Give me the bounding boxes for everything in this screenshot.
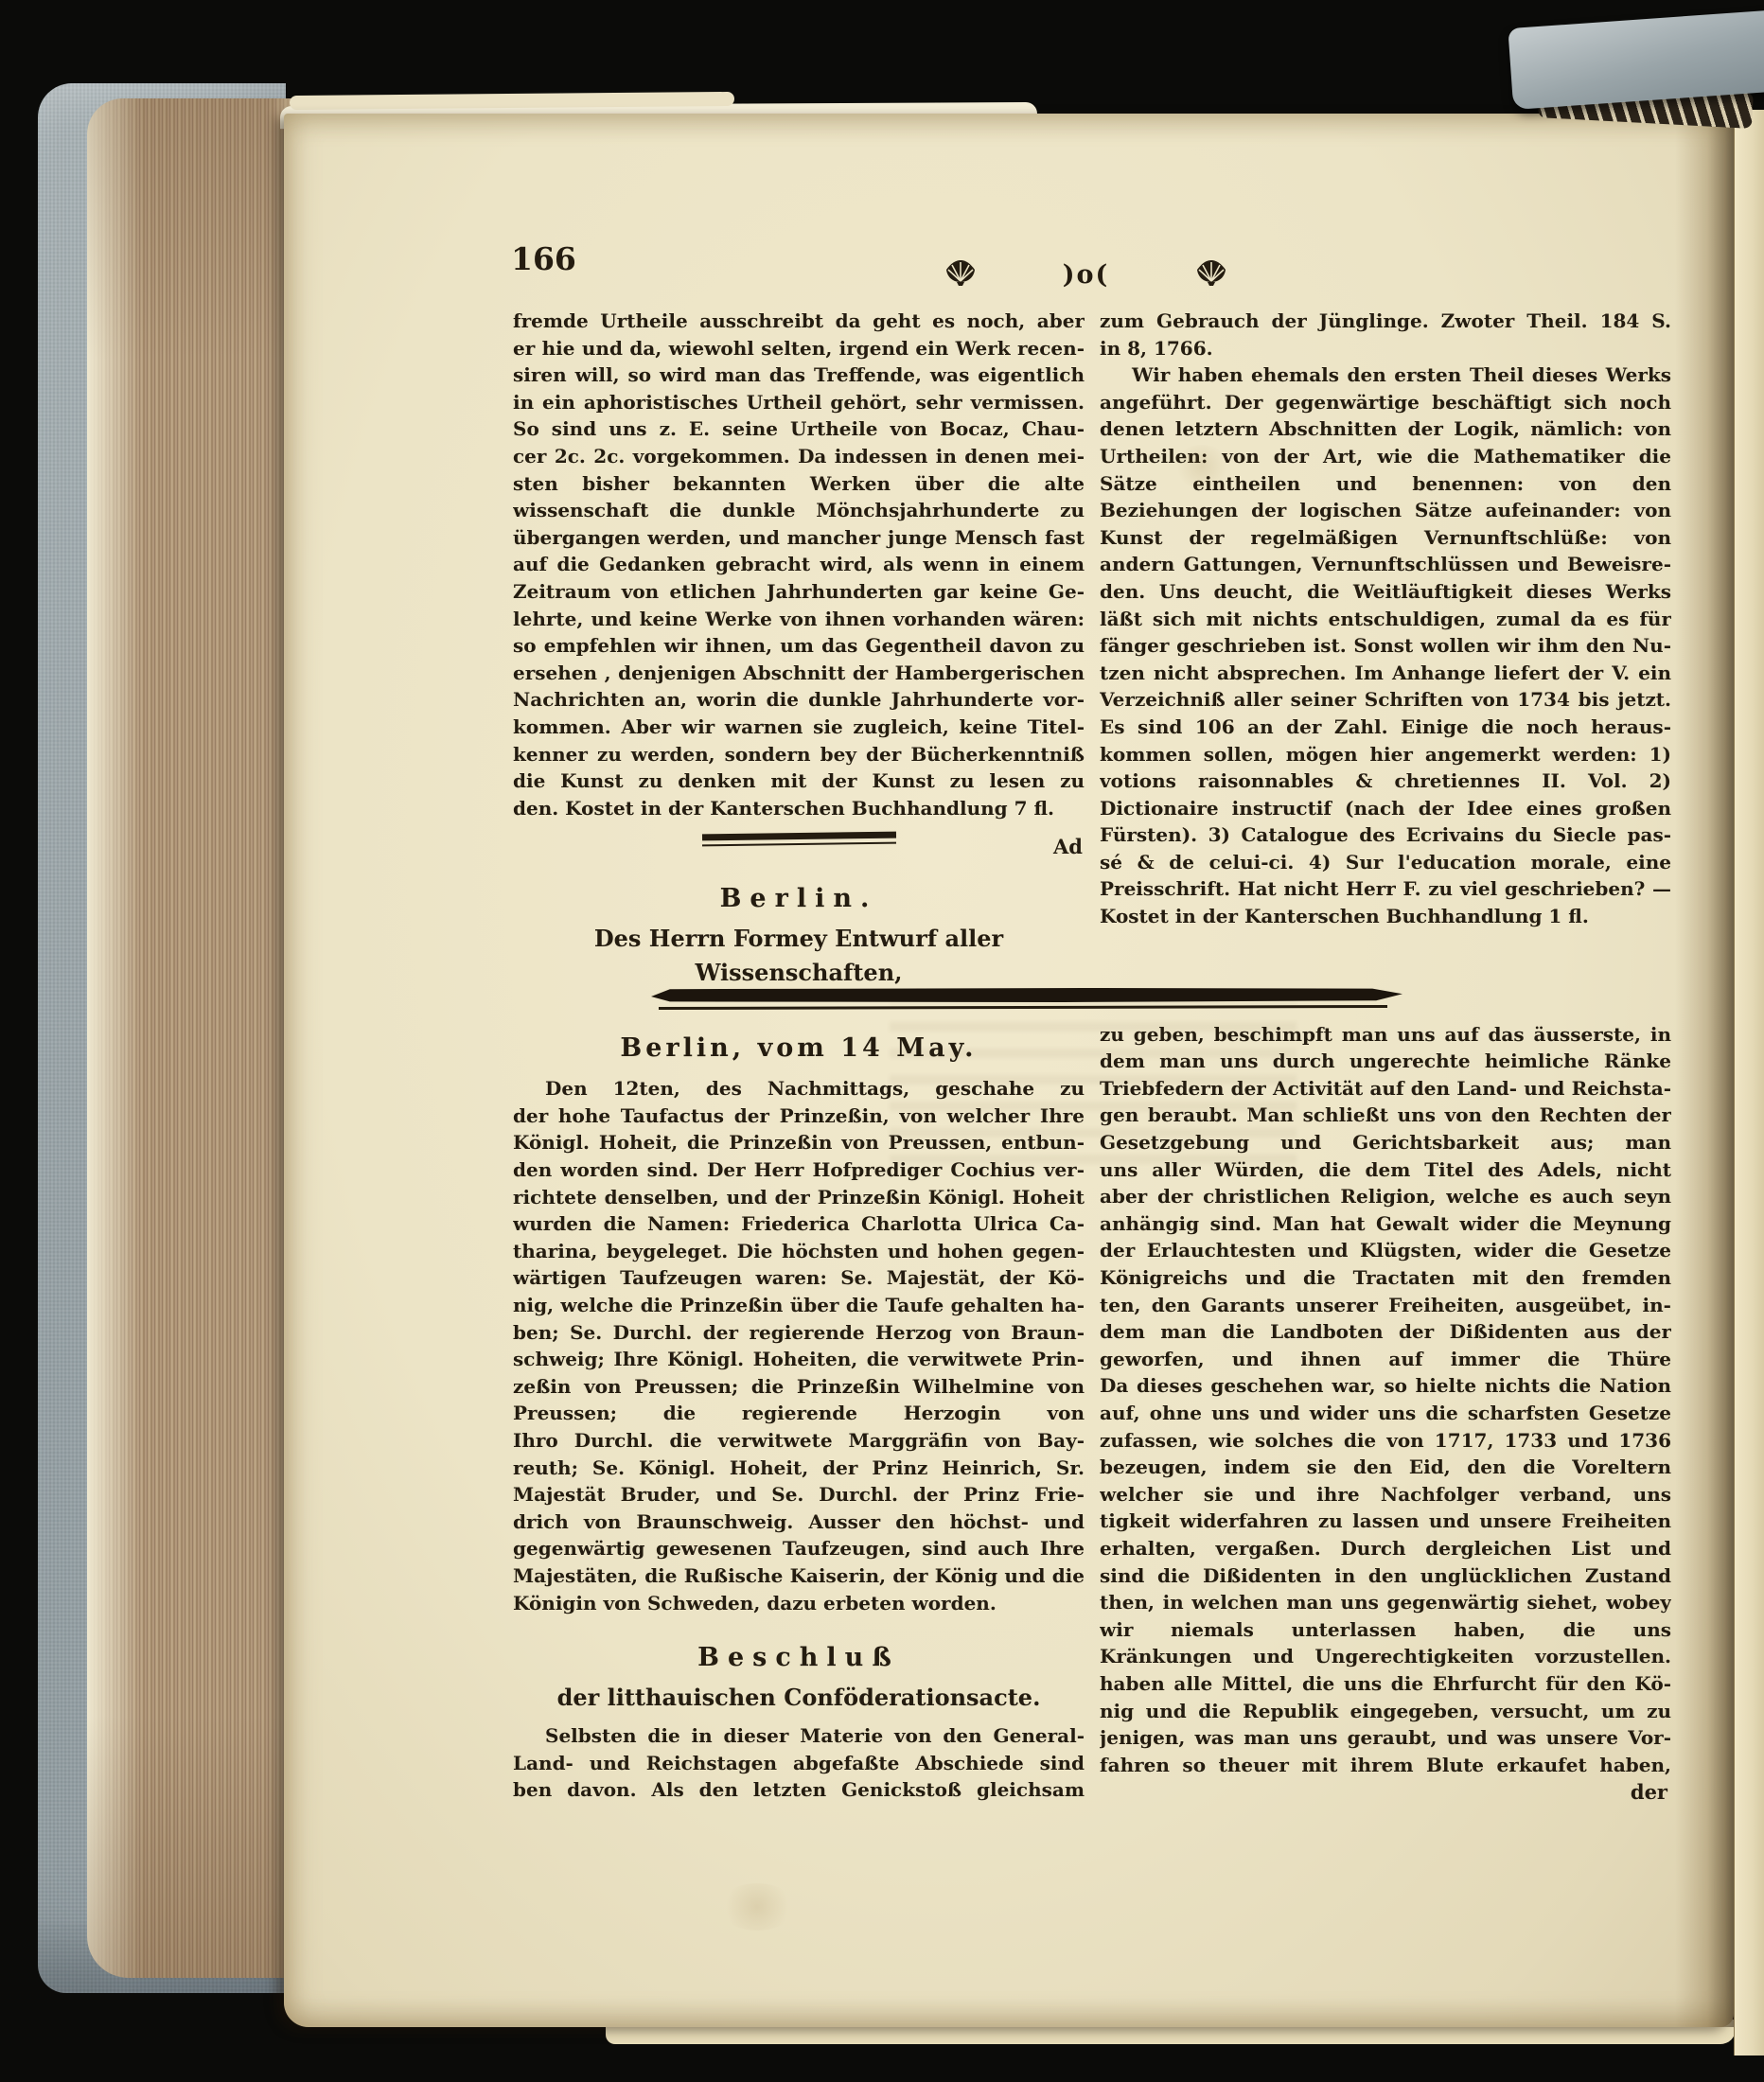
text-line: Triebfedern der Activität auf den Land- … [1100, 1075, 1671, 1103]
text-line: wurden die Namen: Friederica Charlotta U… [513, 1210, 1085, 1238]
book-cover-top [1508, 9, 1764, 110]
text-line: geworfen, und ihnen auf immer die Thüre … [1100, 1346, 1671, 1373]
section-subtitle: der litthauischen Conföderationsacte. [513, 1681, 1085, 1715]
text-line: Preussen; die regierende Herzogin von Br… [513, 1400, 1085, 1427]
paragraph: Wir haben ehemals den ersten Theil diese… [1100, 362, 1671, 929]
text-line: zeßin von Preussen; die Prinzeßin Wilhel… [513, 1373, 1085, 1401]
text-line: Land- und Reichstagen abgefaßte Abschied… [513, 1750, 1085, 1777]
text-line: welcher sie und ihre Nachfolger verband,… [1100, 1481, 1671, 1509]
paragraph: fremde Urtheile ausschreibt da geht es n… [513, 308, 1085, 821]
text-line: erhalten, vergaßen. Durch dergleichen Li… [1100, 1535, 1671, 1562]
text-line: Gesetzgebung und Gerichtsbarkeit aus; ma… [1100, 1129, 1671, 1156]
text-line: Zeitraum von etlichen Jahrhunderten gar … [513, 578, 1085, 606]
text-line: jenigen, was man uns geraubt, und was un… [1100, 1724, 1671, 1752]
text-line: Majestät Bruder, und Se. Durchl. der Pri… [513, 1481, 1085, 1509]
text-line: auf die Gedanken gebracht wird, als wenn… [513, 551, 1085, 578]
paragraph: Den 12ten, des Nachmittags, geschahe zu … [513, 1075, 1085, 1616]
text-line: denen letztern Abschnitten der Logik, nä… [1100, 415, 1671, 443]
text-line: zufassen, wie solches die von 1717, 1733… [1100, 1427, 1671, 1455]
text-line: siren will, so wird man das Treffende, w… [513, 362, 1085, 389]
text-line: then, in welchen man uns gegenwärtig sie… [1100, 1589, 1671, 1616]
catchword: der [1100, 1778, 1671, 1806]
text-line: sten bisher bekannten Werken über die al… [513, 470, 1085, 498]
text-line: wir niemals unterlassen haben, die uns a… [1100, 1616, 1671, 1644]
foxing-spot [719, 1883, 795, 1931]
text-line: sé & de celui-ci. 4) Sur l'education mor… [1100, 849, 1671, 876]
text-line: Selbsten die in dieser Materie von den G… [513, 1722, 1085, 1750]
text-line: der hohe Taufactus der Prinzeßin, von we… [513, 1103, 1085, 1130]
text-line: kommen sollen, mögen hier angemerkt werd… [1100, 741, 1671, 768]
text-line: kenner zu werden, sondern bey der Bücher… [513, 741, 1085, 768]
section-rule [651, 988, 1402, 1015]
text-line: Fürsten). 3) Catalogue des Ecrivains du … [1100, 821, 1671, 849]
separator-rule [702, 833, 896, 845]
paragraph: zum Gebrauch der Jünglinge. Zwoter Theil… [1100, 308, 1671, 362]
dateline-heading: Berlin, vom 14 May. [513, 1030, 1085, 1067]
text-line: in 8, 1766. [1100, 335, 1671, 362]
left-column: fremde Urtheile ausschreibt da geht es n… [513, 308, 1085, 1804]
text-line: Da dieses geschehen war, so hielte nicht… [1100, 1372, 1671, 1400]
text-line: Wir haben ehemals den ersten Theil diese… [1100, 362, 1671, 389]
text-line: so empfehlen wir ihnen, um das Gegenthei… [513, 632, 1085, 660]
separator-row: Ad [513, 833, 1085, 867]
text-line: anhängig sind. Man hat Gewalt wider die … [1100, 1210, 1671, 1238]
shell-fleuron-icon [1192, 257, 1230, 291]
text-line: Königl. Hoheit, die Prinzeßin von Preuss… [513, 1129, 1085, 1156]
page-edge-stack [87, 98, 301, 1978]
header-section-mark: )o( [1063, 260, 1110, 290]
text-line: votions raisonnables & chretiennes II. V… [1100, 768, 1671, 795]
text-line: So sind uns z. E. seine Urtheile von Boc… [513, 415, 1085, 443]
text-line: Preisschrift. Hat nicht Herr F. zu viel … [1100, 875, 1671, 903]
section-rule-underline [659, 1005, 1387, 1010]
text-line: den. Kostet in der Kanterschen Buchhandl… [513, 795, 1085, 822]
text-line: wissenschaft die dunkle Mönchsjahrhunder… [513, 497, 1085, 524]
signature-mark: Ad [1053, 835, 1083, 858]
text-line: dem man uns durch ungerechte heimliche R… [1100, 1048, 1671, 1075]
text-line: richtete denselben, und der Prinzeßin Kö… [513, 1184, 1085, 1211]
text-line: zu geben, beschimpft man uns auf das äus… [1100, 1021, 1671, 1049]
text-line: ten, den Garants unserer Freiheiten, aus… [1100, 1292, 1671, 1319]
text-line: gen beraubt. Man schließt uns von den Re… [1100, 1102, 1671, 1129]
text-line: Dictionaire instructif (nach der Idee ei… [1100, 795, 1671, 822]
text-line: drich von Braunschweig. Ausser den höchs… [513, 1509, 1085, 1536]
article-title: Des Herrn Formey Entwurf aller Wissensch… [513, 922, 1085, 956]
gutter-shadow [1675, 114, 1734, 2027]
text-line: reuth; Se. Königl. Hoheit, der Prinz Hei… [513, 1455, 1085, 1482]
text-line: andern Gattungen, Vernunftschlüssen und … [1100, 551, 1671, 578]
text-line: lehrte, und keine Werke von ihnen vorhan… [513, 606, 1085, 633]
text-line: fremde Urtheile ausschreibt da geht es n… [513, 308, 1085, 335]
right-column: zum Gebrauch der Jünglinge. Zwoter Theil… [1100, 308, 1671, 1806]
text-line: Kunst der regelmäßigen Vernunftschlüße: … [1100, 524, 1671, 552]
section-rule-bar [651, 988, 1402, 1002]
text-line: den worden sind. Der Herr Hofprediger Co… [513, 1156, 1085, 1184]
text-line: zum Gebrauch der Jünglinge. Zwoter Theil… [1100, 308, 1671, 335]
text-line: kommen. Aber wir warnen sie zugleich, ke… [513, 714, 1085, 741]
text-line: nig und die Republik eingegeben, versuch… [1100, 1698, 1671, 1725]
text-line: uns aller Würden, die dem Titel des Adel… [1100, 1156, 1671, 1184]
text-line: nig, welche die Prinzeßin über die Taufe… [513, 1292, 1085, 1319]
text-line: tharina, beygeleget. Die höchsten und ho… [513, 1238, 1085, 1265]
text-line: Es sind 106 an der Zahl. Einige die noch… [1100, 714, 1671, 741]
text-line: ben davon. Als den letzten Genickstoß gl… [513, 1776, 1085, 1804]
text-line: gegenwärtig gewesenen Taufzeugen, sind a… [513, 1535, 1085, 1562]
text-line: er hie und da, wiewohl selten, irgend ei… [513, 335, 1085, 362]
shell-fleuron-icon [942, 257, 979, 291]
book-photo: 166 )o( [0, 0, 1764, 2082]
text-line: fänger geschrieben ist. Sonst wollen wir… [1100, 632, 1671, 660]
text-line: Ihro Durchl. die verwitwete Marggräfin v… [513, 1427, 1085, 1455]
text-line: angeführt. Der gegenwärtige beschäftigt … [1100, 389, 1671, 416]
header-ornaments: )o( [942, 254, 1230, 295]
text-line: wärtigen Taufzeugen waren: Se. Majestät,… [513, 1264, 1085, 1292]
text-line: tigkeit widerfahren zu lassen und unsere… [1100, 1508, 1671, 1535]
section-heading-beschluss: Beschluß [513, 1639, 1085, 1677]
text-line: Kränkungen und Ungerechtigkeiten vorzust… [1100, 1643, 1671, 1670]
text-line: läßt sich mit nichts entschuldigen, zuma… [1100, 606, 1671, 633]
text-line: fahren so theuer mit ihrem Blute erkaufe… [1100, 1752, 1671, 1779]
text-line: ben; Se. Durchl. der regierende Herzog v… [513, 1319, 1085, 1347]
text-line: Verzeichniß aller seiner Schriften von 1… [1100, 686, 1671, 714]
page-number: 166 [511, 240, 576, 277]
foxing-spot [1173, 445, 1230, 488]
text-line: cer 2c. 2c. vorgekommen. Da indessen in … [513, 443, 1085, 470]
text-line: dem man die Landboten der Dißidenten aus… [1100, 1318, 1671, 1346]
paragraph: zu geben, beschimpft man uns auf das äus… [1100, 1021, 1671, 1779]
text-line: Königin von Schweden, dazu erbeten worde… [513, 1590, 1085, 1617]
text-line: die Kunst zu denken mit der Kunst zu les… [513, 768, 1085, 795]
text-line: in ein aphoristisches Urtheil gehört, se… [513, 389, 1085, 416]
text-line: Königreichs und die Tractaten mit den fr… [1100, 1264, 1671, 1292]
section-heading-berlin: Berlin. [513, 880, 1085, 918]
text-line: tzen nicht absprechen. Im Anhange liefer… [1100, 660, 1671, 687]
text-line: Majestäten, die Rußische Kaiserin, der K… [513, 1562, 1085, 1590]
paragraph: Selbsten die in dieser Materie von den G… [513, 1722, 1085, 1804]
text-line: Nachrichten an, worin die dunkle Jahrhun… [513, 686, 1085, 714]
text-line: übergangen werden, und mancher junge Men… [513, 524, 1085, 552]
text-line: schweig; Ihre Königl. Hoheiten, die verw… [513, 1346, 1085, 1373]
text-line: Beziehungen der logischen Sätze aufeinan… [1100, 497, 1671, 524]
text-line: Den 12ten, des Nachmittags, geschahe zu … [513, 1075, 1085, 1103]
text-line: auf, ohne uns und wider uns die scharfst… [1100, 1400, 1671, 1427]
text-line: sind die Dißidenten in den unglücklichen… [1100, 1562, 1671, 1590]
text-line: Kostet in der Kanterschen Buchhandlung 1… [1100, 903, 1671, 930]
next-page-edge [1734, 110, 1764, 2056]
text-line: der Erlauchtesten und Klügsten, wider di… [1100, 1237, 1671, 1264]
book-page: 166 )o( [284, 114, 1734, 2027]
text-line: aber der christlichen Religion, welche e… [1100, 1183, 1671, 1210]
text-line: bezeugen, indem sie den Eid, den die Vor… [1100, 1454, 1671, 1481]
text-line: den. Uns deucht, die Weitläuftigkeit die… [1100, 578, 1671, 606]
text-line: haben alle Mittel, die uns die Ehrfurcht… [1100, 1670, 1671, 1698]
text-line: ersehen , denjenigen Abschnitt der Hambe… [513, 660, 1085, 687]
